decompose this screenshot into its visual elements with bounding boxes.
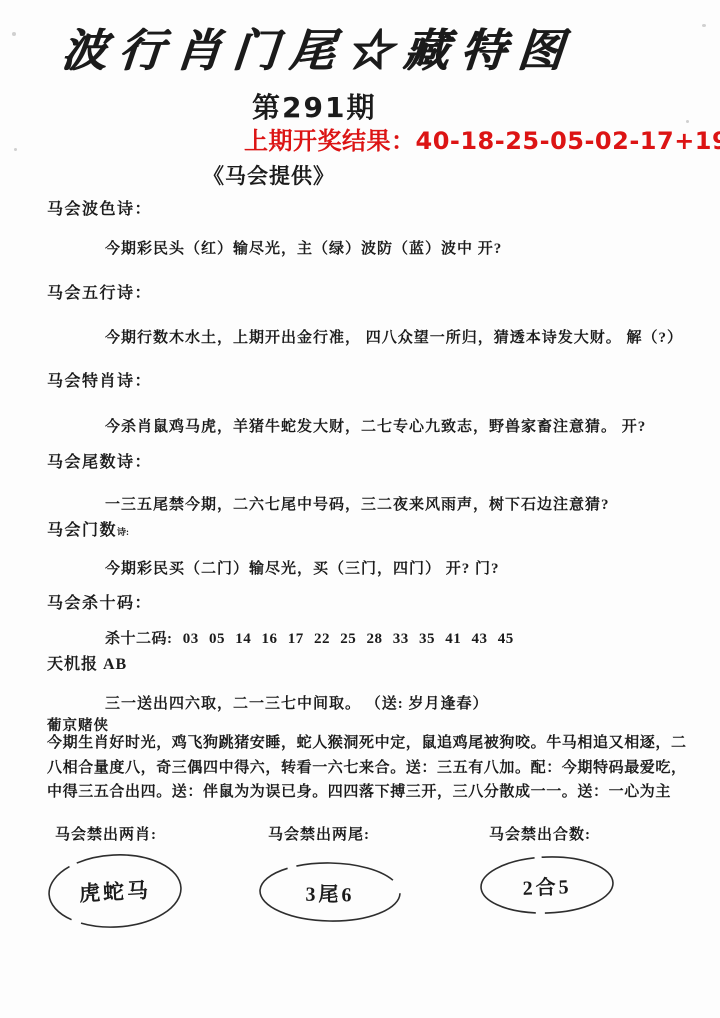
section-body-tianjibao: 三一送出四六取，二一三七中间取。 （送: 岁月逢春） bbox=[105, 692, 489, 713]
forbidden-zodiac-oval: 虎蛇马 bbox=[44, 848, 186, 933]
scan-speck bbox=[702, 24, 706, 27]
section-body-shashima: 杀十二码: 03 05 14 16 17 22 25 28 33 35 41 4… bbox=[105, 627, 514, 648]
page-title: 波行肖门尾☆藏特图 bbox=[59, 14, 578, 79]
forbidden-zodiac-value: 虎蛇马 bbox=[78, 874, 151, 908]
section-body-bose: 今期彩民头（红）输尽光，主（绿）波防（蓝）波中 开? bbox=[105, 237, 502, 258]
issue-number: 第291期 bbox=[252, 86, 376, 126]
section-heading-bose: 马会波色诗： bbox=[47, 196, 152, 219]
section-body-texiao: 今杀肖鼠鸡马虎，羊猪牛蛇发大财，二七专心九致志，野兽家畜注意猜。 开? bbox=[105, 415, 646, 436]
forbidden-zodiac-label: 马会禁出两肖: bbox=[55, 823, 157, 844]
section-heading-menshu-suffix: 诗: bbox=[117, 527, 129, 537]
provider-note: 《马会提供》 bbox=[203, 160, 335, 190]
tip-sheet-page: 波行肖门尾☆藏特图 第291期 上期开奖结果：40-18-25-05-02-17… bbox=[0, 0, 720, 1018]
forbidden-tail-label: 马会禁出两尾: bbox=[268, 823, 370, 844]
pujing-line: 中得三五合出四。送：伴鼠为为误已身。四四落下搏三开，三八分散成一一。送：一心为主 bbox=[47, 780, 687, 805]
section-heading-shashima: 马会杀十码： bbox=[47, 590, 152, 613]
pujing-line: 八相合量度八，奇三偶四中得六，转看一六七来合。送：三五有八加。配：今期特码最爱吃… bbox=[47, 756, 687, 781]
forbidden-sum-label: 马会禁出合数: bbox=[489, 823, 591, 844]
forbidden-sum-oval: 2合5 bbox=[477, 852, 617, 919]
forbidden-tail-value: 3尾6 bbox=[305, 877, 354, 907]
section-heading-wuxing: 马会五行诗： bbox=[47, 280, 152, 303]
section-heading-menshu-text: 马会门数 bbox=[47, 522, 117, 539]
section-heading-weishu: 马会尾数诗： bbox=[47, 449, 152, 472]
section-body-menshu: 今期彩民买（二门）输尽光，买（三门，四门） 开? 门? bbox=[105, 557, 500, 578]
scan-speck bbox=[12, 32, 16, 36]
forbidden-tail-oval: 3尾6 bbox=[256, 859, 403, 926]
section-heading-menshu: 马会门数诗: bbox=[47, 517, 129, 540]
section-body-wuxing: 今期行数木水土，上期开出金行准， 四八众望一所归，猜透本诗发大财。 解（?） bbox=[105, 326, 683, 347]
pujing-paragraph: 今期生肖好时光，鸡飞狗跳猪安睡，蛇人猴洞死中定，鼠追鸡尾被狗咬。牛马相追又相逐，… bbox=[47, 731, 687, 805]
section-heading-texiao: 马会特肖诗： bbox=[47, 368, 152, 391]
last-draw-result: 上期开奖结果：40-18-25-05-02-17+19 bbox=[244, 121, 720, 156]
forbidden-sum-value: 2合5 bbox=[522, 870, 572, 901]
pujing-line: 今期生肖好时光，鸡飞狗跳猪安睡，蛇人猴洞死中定，鼠追鸡尾被狗咬。牛马相追又相逐，… bbox=[47, 731, 687, 756]
section-heading-tianjibao: 天机报 AB bbox=[47, 651, 127, 674]
section-body-weishu: 一三五尾禁今期，二六七尾中号码，三二夜来风雨声，树下石边注意猜? bbox=[105, 493, 610, 514]
scan-speck bbox=[14, 148, 17, 151]
